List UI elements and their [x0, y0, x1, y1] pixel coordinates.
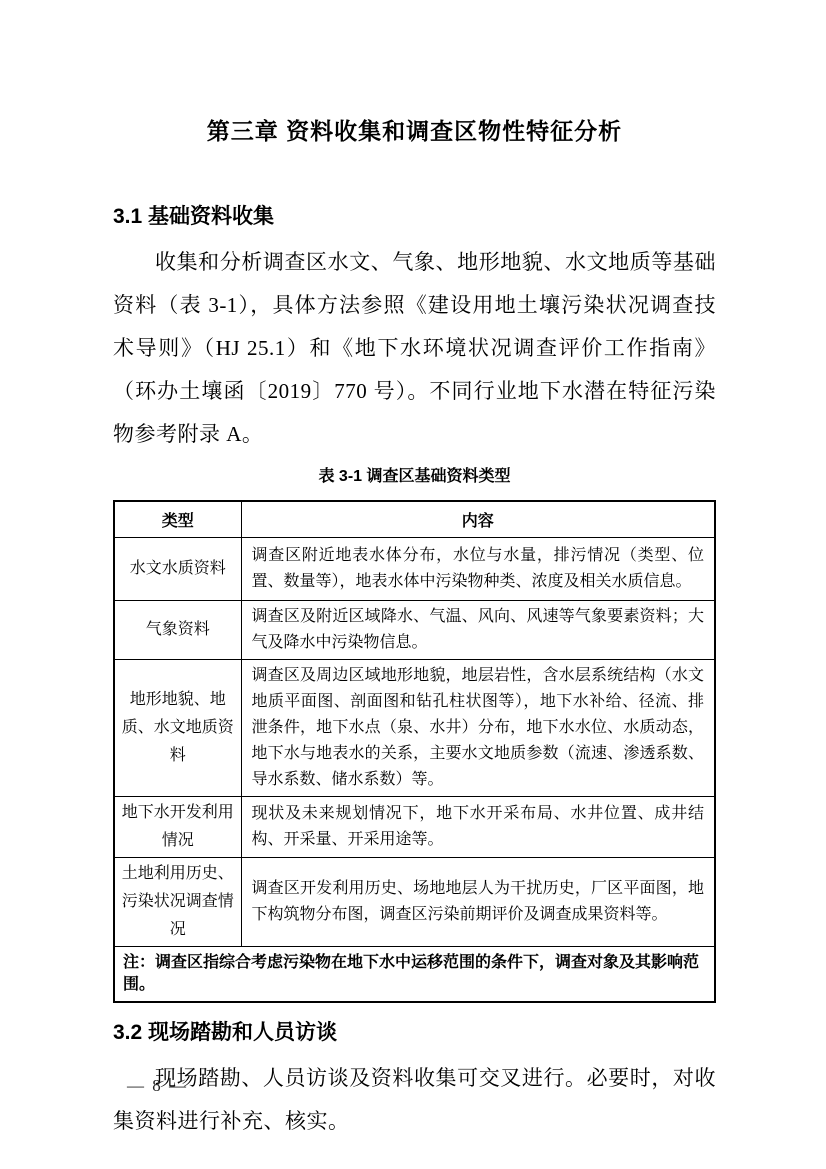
- row-type-cell: 气象资料: [114, 600, 241, 659]
- row-type-cell: 土地利用历史、污染状况调查情况: [114, 857, 241, 946]
- row-content-cell: 现状及未来规划情况下，地下水开采布局、水井位置、成井结构、开采量、开采用途等。: [241, 796, 715, 857]
- document-page: 第三章 资料收集和调查区物性特征分析 3.1 基础资料收集 收集和分析调查区水文…: [0, 0, 826, 1169]
- section-3-1-heading: 3.1 基础资料收集: [113, 203, 716, 231]
- chapter-title: 第三章 资料收集和调查区物性特征分析: [113, 116, 716, 146]
- column-header-content: 内容: [241, 501, 715, 537]
- row-type-cell: 地形地貌、地质、水文地质资料: [114, 659, 241, 796]
- column-header-type: 类型: [114, 501, 241, 537]
- section-3-2-heading: 3.2 现场踏勘和人员访谈: [113, 1019, 716, 1047]
- page-number: — 8 —: [127, 1076, 188, 1096]
- row-content-cell: 调查区附近地表水体分布，水位与水量，排污情况（类型、位置、数量等），地表水体中污…: [241, 537, 715, 600]
- table-row: 地形地貌、地质、水文地质资料 调查区及周边区域地形地貌，地层岩性，含水层系统结构…: [114, 659, 715, 796]
- table-note-row: 注：调查区指综合考虑污染物在地下水中运移范围的条件下，调查对象及其影响范围。: [114, 946, 715, 1002]
- table-caption: 表 3-1 调查区基础资料类型: [113, 466, 716, 488]
- row-content-cell: 调查区及附近区域降水、气温、风向、风速等气象要素资料；大气及降水中污染物信息。: [241, 600, 715, 659]
- row-type-cell: 水文水质资料: [114, 537, 241, 600]
- section-3-1-paragraph: 收集和分析调查区水文、气象、地形地貌、水文地质等基础资料（表 3-1），具体方法…: [113, 241, 716, 456]
- table-note: 注：调查区指综合考虑污染物在地下水中运移范围的条件下，调查对象及其影响范围。: [114, 946, 715, 1002]
- basic-data-table: 类型 内容 水文水质资料 调查区附近地表水体分布，水位与水量，排污情况（类型、位…: [113, 500, 716, 1003]
- row-type-cell: 地下水开发利用情况: [114, 796, 241, 857]
- table-row: 气象资料 调查区及附近区域降水、气温、风向、风速等气象要素资料；大气及降水中污染…: [114, 600, 715, 659]
- row-content-cell: 调查区开发利用历史、场地地层人为干扰历史，厂区平面图，地下构筑物分布图，调查区污…: [241, 857, 715, 946]
- table-row: 水文水质资料 调查区附近地表水体分布，水位与水量，排污情况（类型、位置、数量等）…: [114, 537, 715, 600]
- table-row: 土地利用历史、污染状况调查情况 调查区开发利用历史、场地地层人为干扰历史，厂区平…: [114, 857, 715, 946]
- table-header-row: 类型 内容: [114, 501, 715, 537]
- section-3-2-paragraph: 现场踏勘、人员访谈及资料收集可交叉进行。必要时，对收集资料进行补充、核实。: [113, 1057, 716, 1143]
- row-content-cell: 调查区及周边区域地形地貌，地层岩性，含水层系统结构（水文地质平面图、剖面图和钻孔…: [241, 659, 715, 796]
- table-row: 地下水开发利用情况 现状及未来规划情况下，地下水开采布局、水井位置、成井结构、开…: [114, 796, 715, 857]
